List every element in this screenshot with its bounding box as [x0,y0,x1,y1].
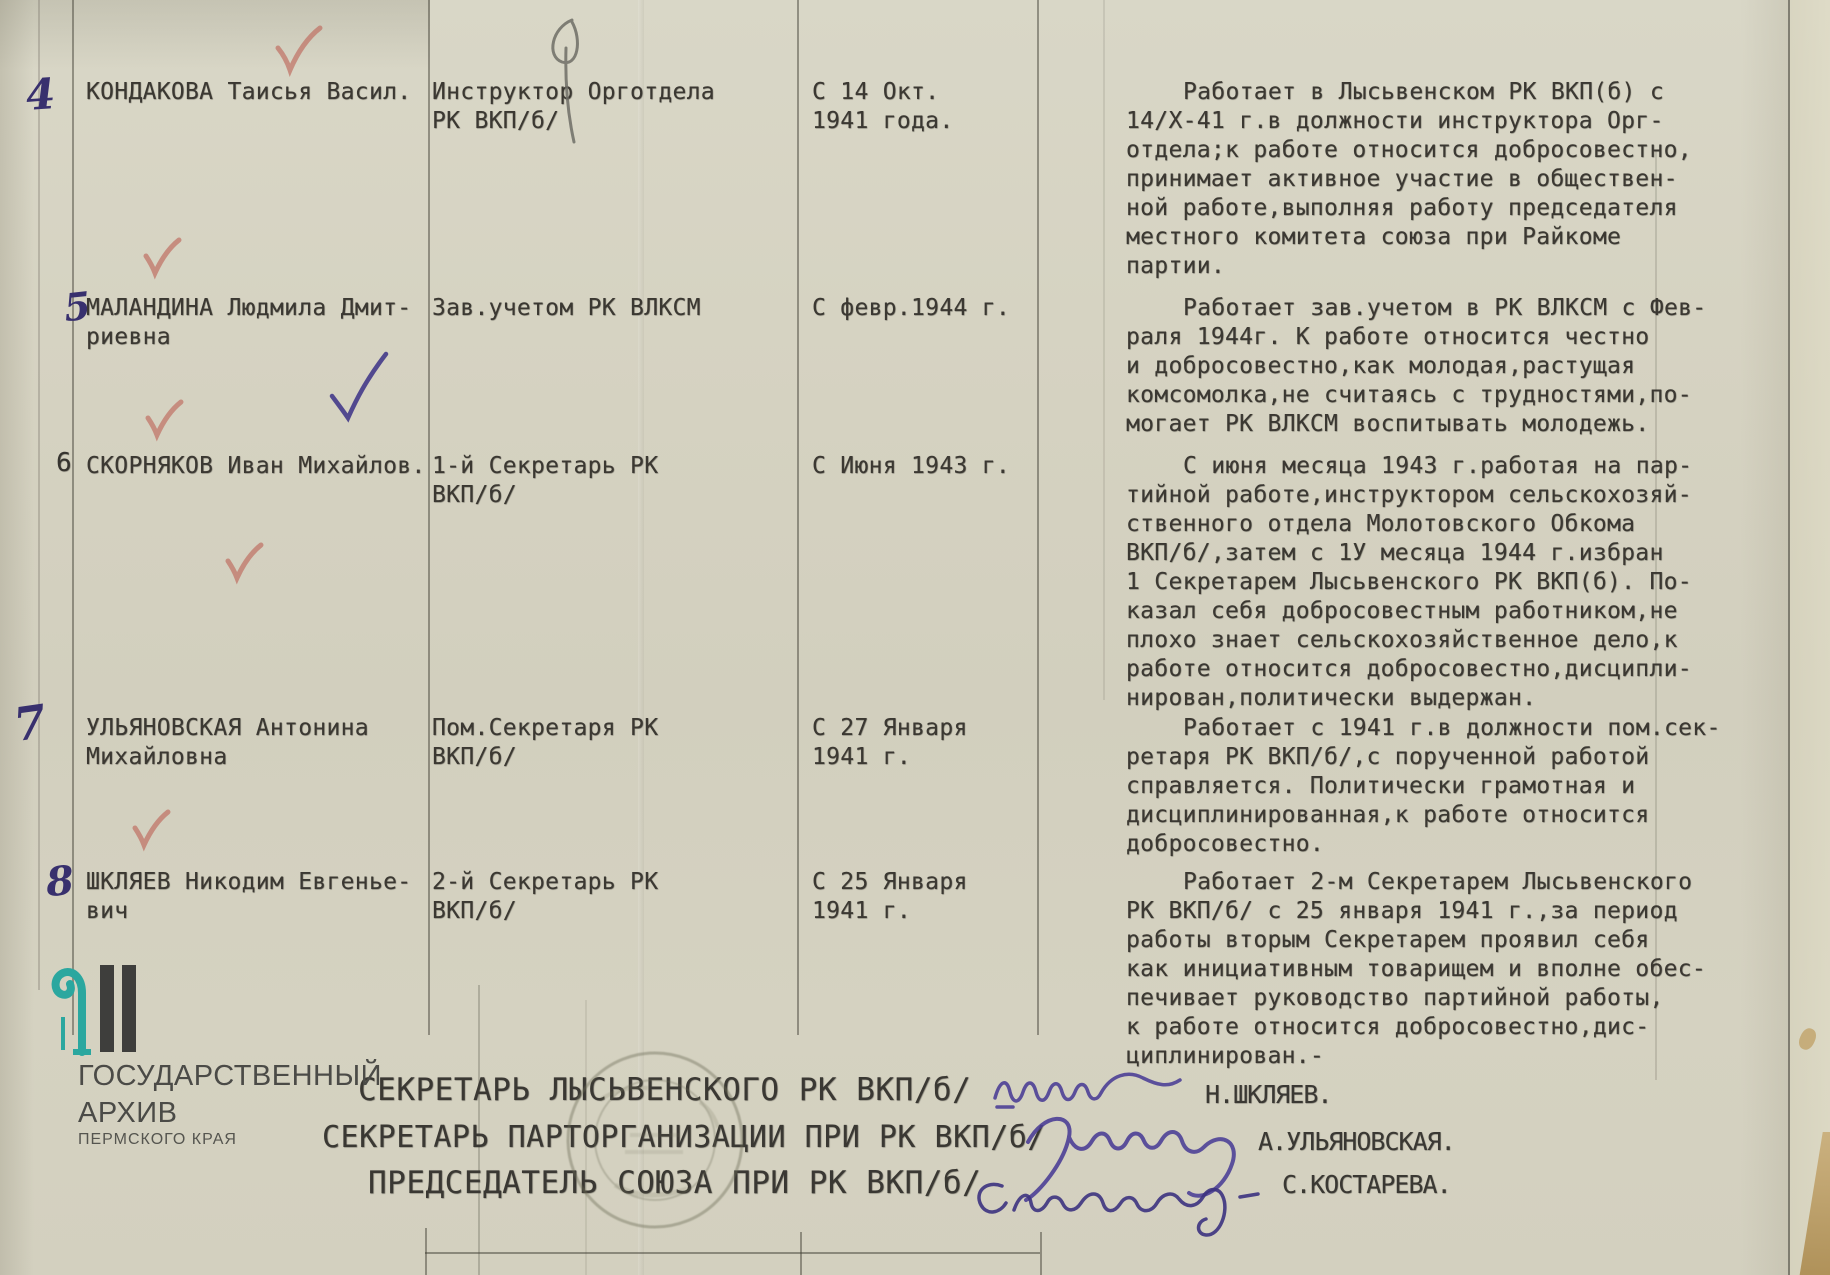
watermark-subtitle: АРХИВ [78,1097,177,1130]
archive-logo-icon [50,955,150,1055]
signature-shklyaev [995,1074,1180,1107]
watermark-title: ГОСУДАРСТВЕННЫЙ [78,1060,382,1093]
scanned-document-page: 4 КОНДАКОВА Таисья Васил. Инструктор Орг… [0,0,1830,1275]
signature-ulyanovskaya [1026,1119,1234,1200]
pencil-page-number [553,20,578,142]
signature-kostareva [979,1184,1258,1235]
watermark-region: ПЕРМСКОГО КРАЯ [78,1131,237,1149]
red-checkmarks [135,28,320,845]
ink-checkmark [332,354,386,418]
